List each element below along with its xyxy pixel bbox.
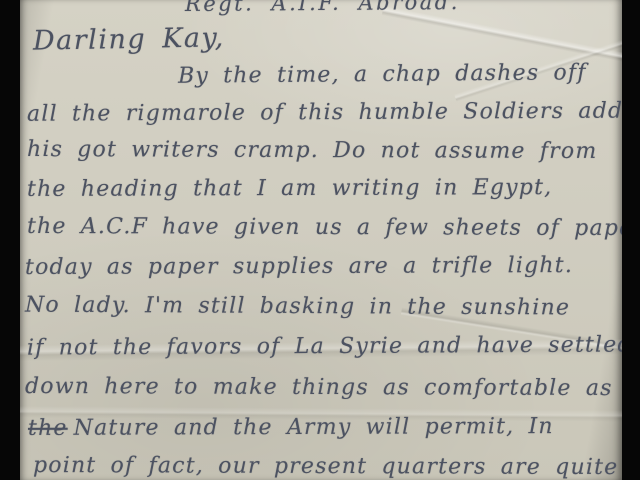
letter-line: the heading that I am writing in Egypt, bbox=[27, 175, 552, 202]
letter-line-text: Nature and the Army will permit, In bbox=[74, 414, 554, 441]
letter-line: his got writers cramp. Do not assume fro… bbox=[27, 137, 598, 164]
letter-line: point of fact, our present quarters are … bbox=[33, 453, 618, 480]
letter-line: No lady. I'm still basking in the sunshi… bbox=[25, 293, 570, 321]
letter-line: today as paper supplies are a trifle lig… bbox=[25, 253, 573, 280]
letter-paper: Regt. A.I.F. Abroad. Darling Kay, By the… bbox=[20, 0, 622, 480]
letter-line: the A.C.F have given us a few sheets of … bbox=[27, 214, 622, 241]
letter-salutation: Darling Kay, bbox=[33, 22, 225, 56]
letter-line: By the time, a chap dashes off bbox=[178, 60, 587, 89]
letter-line: theNature and the Army will permit, In bbox=[28, 414, 554, 441]
scanned-letter-photo: Regt. A.I.F. Abroad. Darling Kay, By the… bbox=[0, 0, 640, 480]
letter-heading: Regt. A.I.F. Abroad. bbox=[185, 0, 460, 16]
letter-line: all the rigmarole of this humble Soldier… bbox=[27, 98, 622, 126]
struck-out-word: the bbox=[28, 416, 68, 441]
letter-line: down here to make things as comfortable … bbox=[25, 374, 613, 401]
letter-line: if not the favors of La Syrie and have s… bbox=[27, 332, 622, 360]
